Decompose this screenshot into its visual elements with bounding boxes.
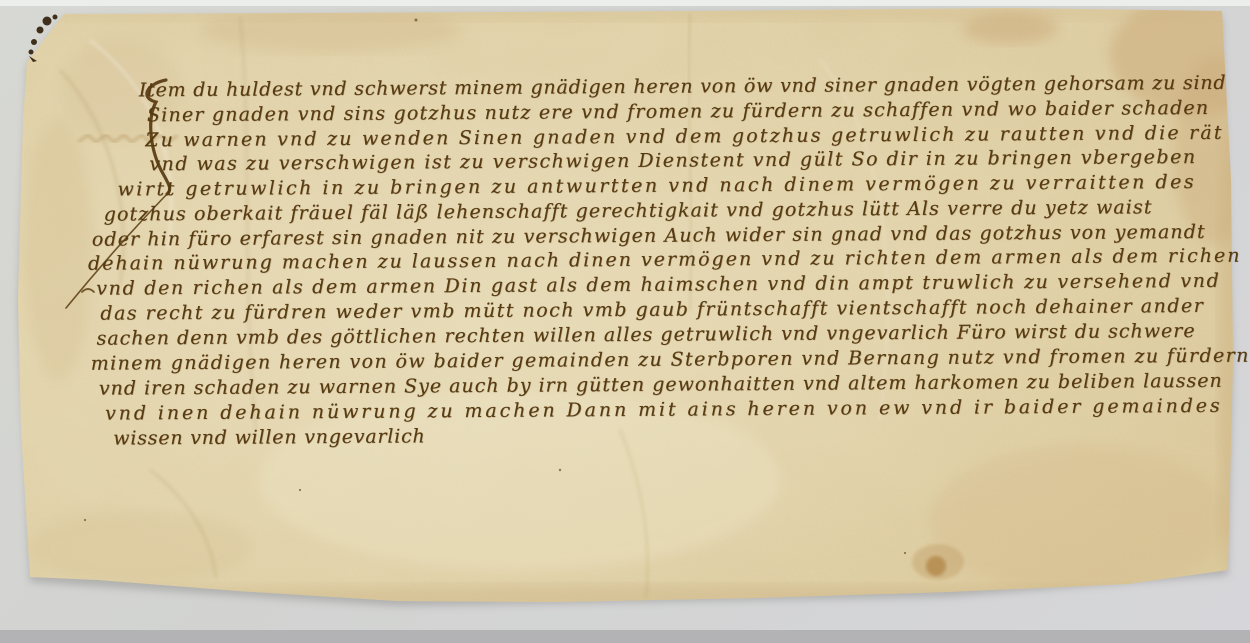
- manuscript-text: Item du huldest vnd schwerst minem gnädi…: [0, 0, 1250, 643]
- manuscript-line-15: wissen vnd willen vngevarlich: [113, 425, 425, 450]
- manuscript-photo: Item du huldest vnd schwerst minem gnädi…: [0, 0, 1250, 643]
- manuscript-line-14: vnd inen dehain nüwrung zu machen Dann m…: [105, 395, 1223, 426]
